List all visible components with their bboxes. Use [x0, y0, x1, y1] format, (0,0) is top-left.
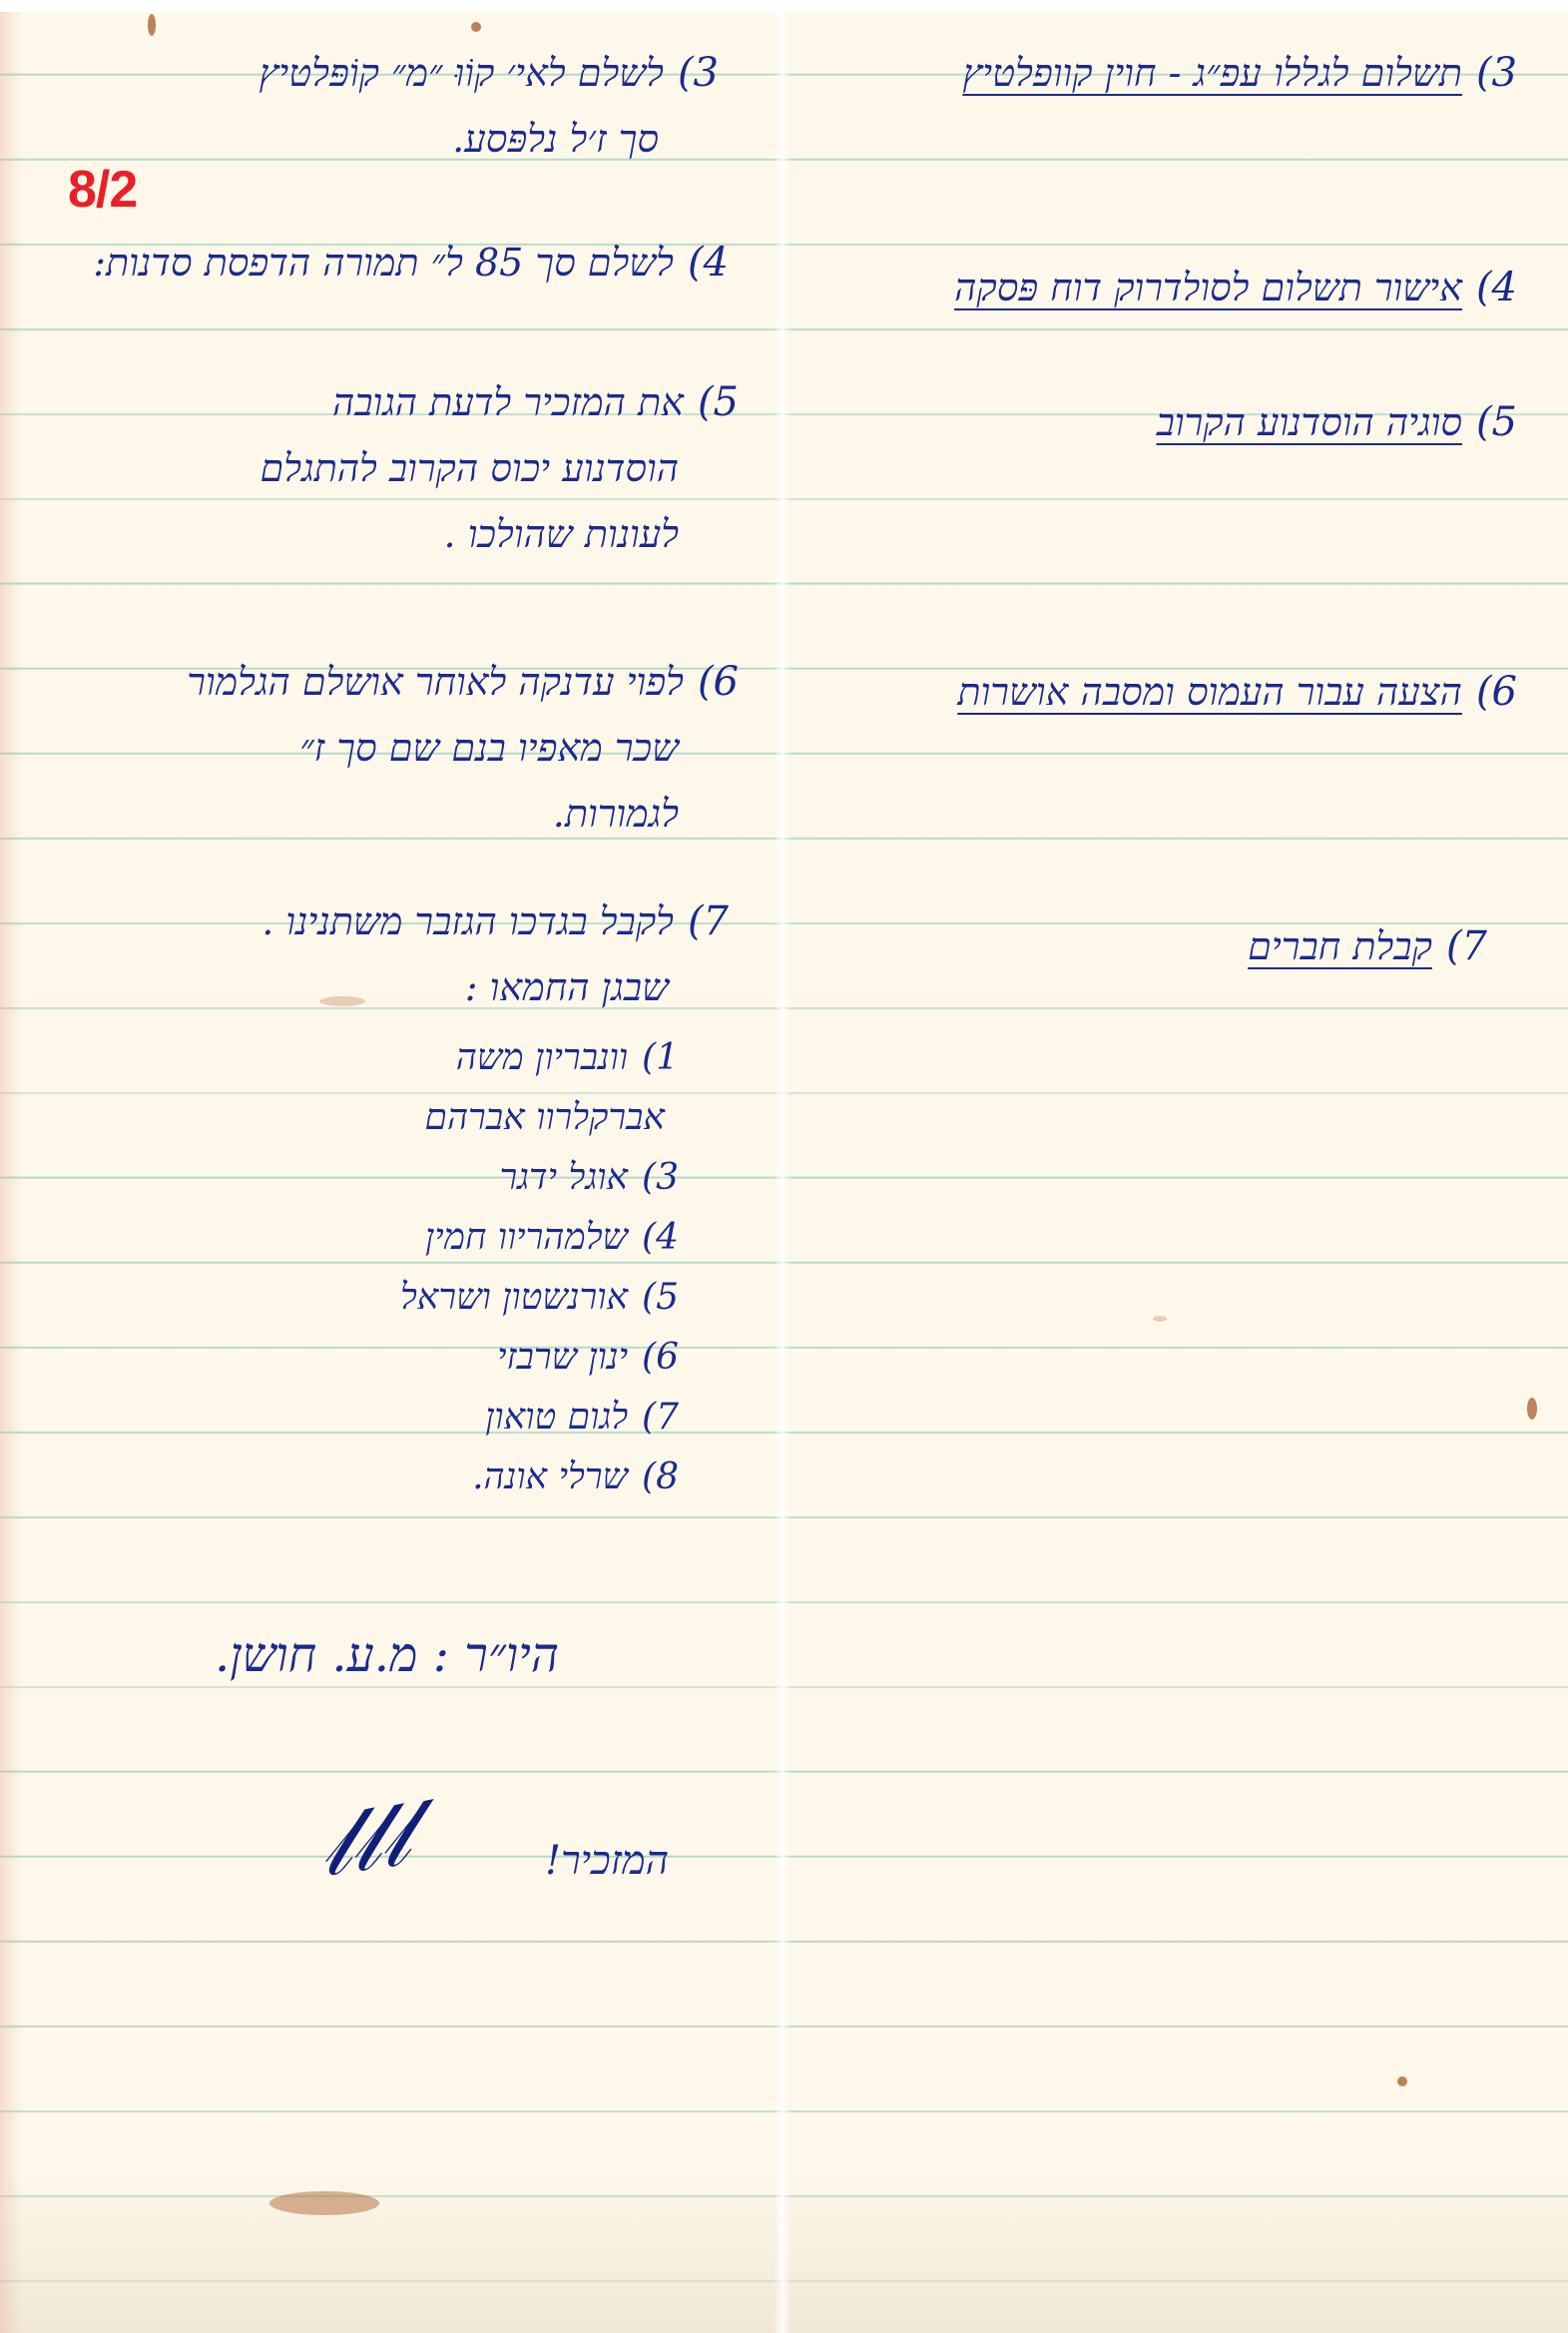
- item-text: לשלם סך 85 ל״ תמורה הדפסת סדנות:: [93, 241, 674, 285]
- item-text: סוגיה הוסדנוע הקרוב: [1157, 400, 1462, 444]
- member-entry: 5)אורנשטון ושראל: [400, 1268, 679, 1328]
- stain: [471, 22, 481, 32]
- left-item-6: 6)לפוי עדנקה לאוחר אושלם הגלמור שכר מאפי…: [187, 649, 739, 847]
- item-text: לשלם לאי׳ קוֹוּ ״מ״ קוֹפּלטיץ: [259, 51, 663, 95]
- stain: [148, 14, 156, 36]
- item-text: לגמורות.: [187, 781, 739, 847]
- item-text: הצעה עבור העמוס ומסבה אושרות: [957, 670, 1462, 714]
- right-item-4: 4)אישור תשלום לסולדרוק דוח פּסקה: [954, 255, 1517, 320]
- right-item-6: 6)הצעה עבור העמוס ומסבה אושרות: [957, 659, 1517, 725]
- item-text: שבגן החמאו :: [261, 954, 729, 1020]
- member-entry: 3)אוגל ידגר: [400, 1148, 679, 1208]
- member-entry: 1)וונבריון משה: [400, 1028, 679, 1088]
- page-number-label: 8/2: [68, 160, 137, 220]
- member-entry: אברקלרוו אברהם: [400, 1088, 679, 1148]
- stain: [1527, 1398, 1537, 1420]
- item-number: 5): [1476, 399, 1517, 445]
- secretary-signoff: המזכיר!: [545, 1837, 669, 1884]
- left-item-7: 7)לקבל בגדכו הגזבר משתנינו . שבגן החמאו …: [261, 888, 729, 1020]
- item-text: את המזכיר לדעת הגובה: [332, 380, 684, 424]
- item-number: 6): [698, 659, 739, 705]
- item-number: 4): [1476, 265, 1517, 310]
- member-entry: 6)ינון שרבזי: [400, 1328, 679, 1388]
- item-text: לקבל בגדכו הגזבר משתנינו .: [261, 899, 674, 943]
- member-entry: 7)לגום טואון: [400, 1388, 679, 1448]
- item-text: אישור תשלום לסולדרוק דוח פּסקה: [954, 266, 1462, 309]
- member-entry: 8)שרלי אונה.: [400, 1448, 679, 1507]
- secretary-signature: 𝓁𝓁𝓁: [312, 1781, 416, 1898]
- members-list: 1)וונבריון משה אברקלרוו אברהם 3)אוגל ידג…: [400, 1028, 679, 1507]
- stain: [1153, 1316, 1167, 1322]
- right-item-7: 7)קבלת חברים: [1248, 913, 1487, 979]
- center-fold: [774, 0, 791, 2333]
- item-text: הוסדנוע יכוס הקרוב להתגלם: [261, 435, 739, 501]
- item-number: 5): [698, 379, 739, 425]
- item-number: 3): [678, 50, 719, 96]
- stain: [269, 2191, 379, 2215]
- item-text: לפוי עדנקה לאוחר אושלם הגלמור: [187, 660, 684, 704]
- item-number: 6): [1476, 669, 1517, 715]
- stain: [1397, 2076, 1407, 2086]
- item-text: תשלום לגללו עפ״ג - חוין קוופלטיץ: [962, 51, 1462, 95]
- left-item-4: 4)לשלם סך 85 ל״ תמורה הדפסת סדנות:: [93, 230, 729, 295]
- item-number: 4): [688, 240, 729, 286]
- left-item-3: 3)לשלם לאי׳ קוֹוּ ״מ״ קוֹפּלטיץ סך ז׳ל נ…: [259, 40, 719, 172]
- item-number: 7): [688, 898, 729, 944]
- left-item-5: 5)את המזכיר לדעת הגובה הוסדנוע יכוס הקרו…: [261, 369, 739, 567]
- item-text: שכר מאפיו בנם שם סך ז״: [187, 715, 739, 781]
- item-number: 7): [1446, 923, 1487, 969]
- item-text: לעונות שהולכו .: [261, 501, 739, 567]
- item-text: קבלת חברים: [1248, 924, 1432, 968]
- member-entry: 4)שלמהריוו חמין: [400, 1208, 679, 1268]
- item-text: סך ז׳ל נלפּסע.: [259, 106, 719, 172]
- chairman-signoff: היו״ר : מ.ע. חושן.: [215, 1627, 559, 1683]
- item-number: 3): [1476, 50, 1517, 96]
- right-item-5: 5)סוגיה הוסדנוע הקרוב: [1157, 389, 1517, 455]
- right-item-3: 3)תשלום לגללו עפ״ג - חוין קוופלטיץ: [962, 40, 1517, 106]
